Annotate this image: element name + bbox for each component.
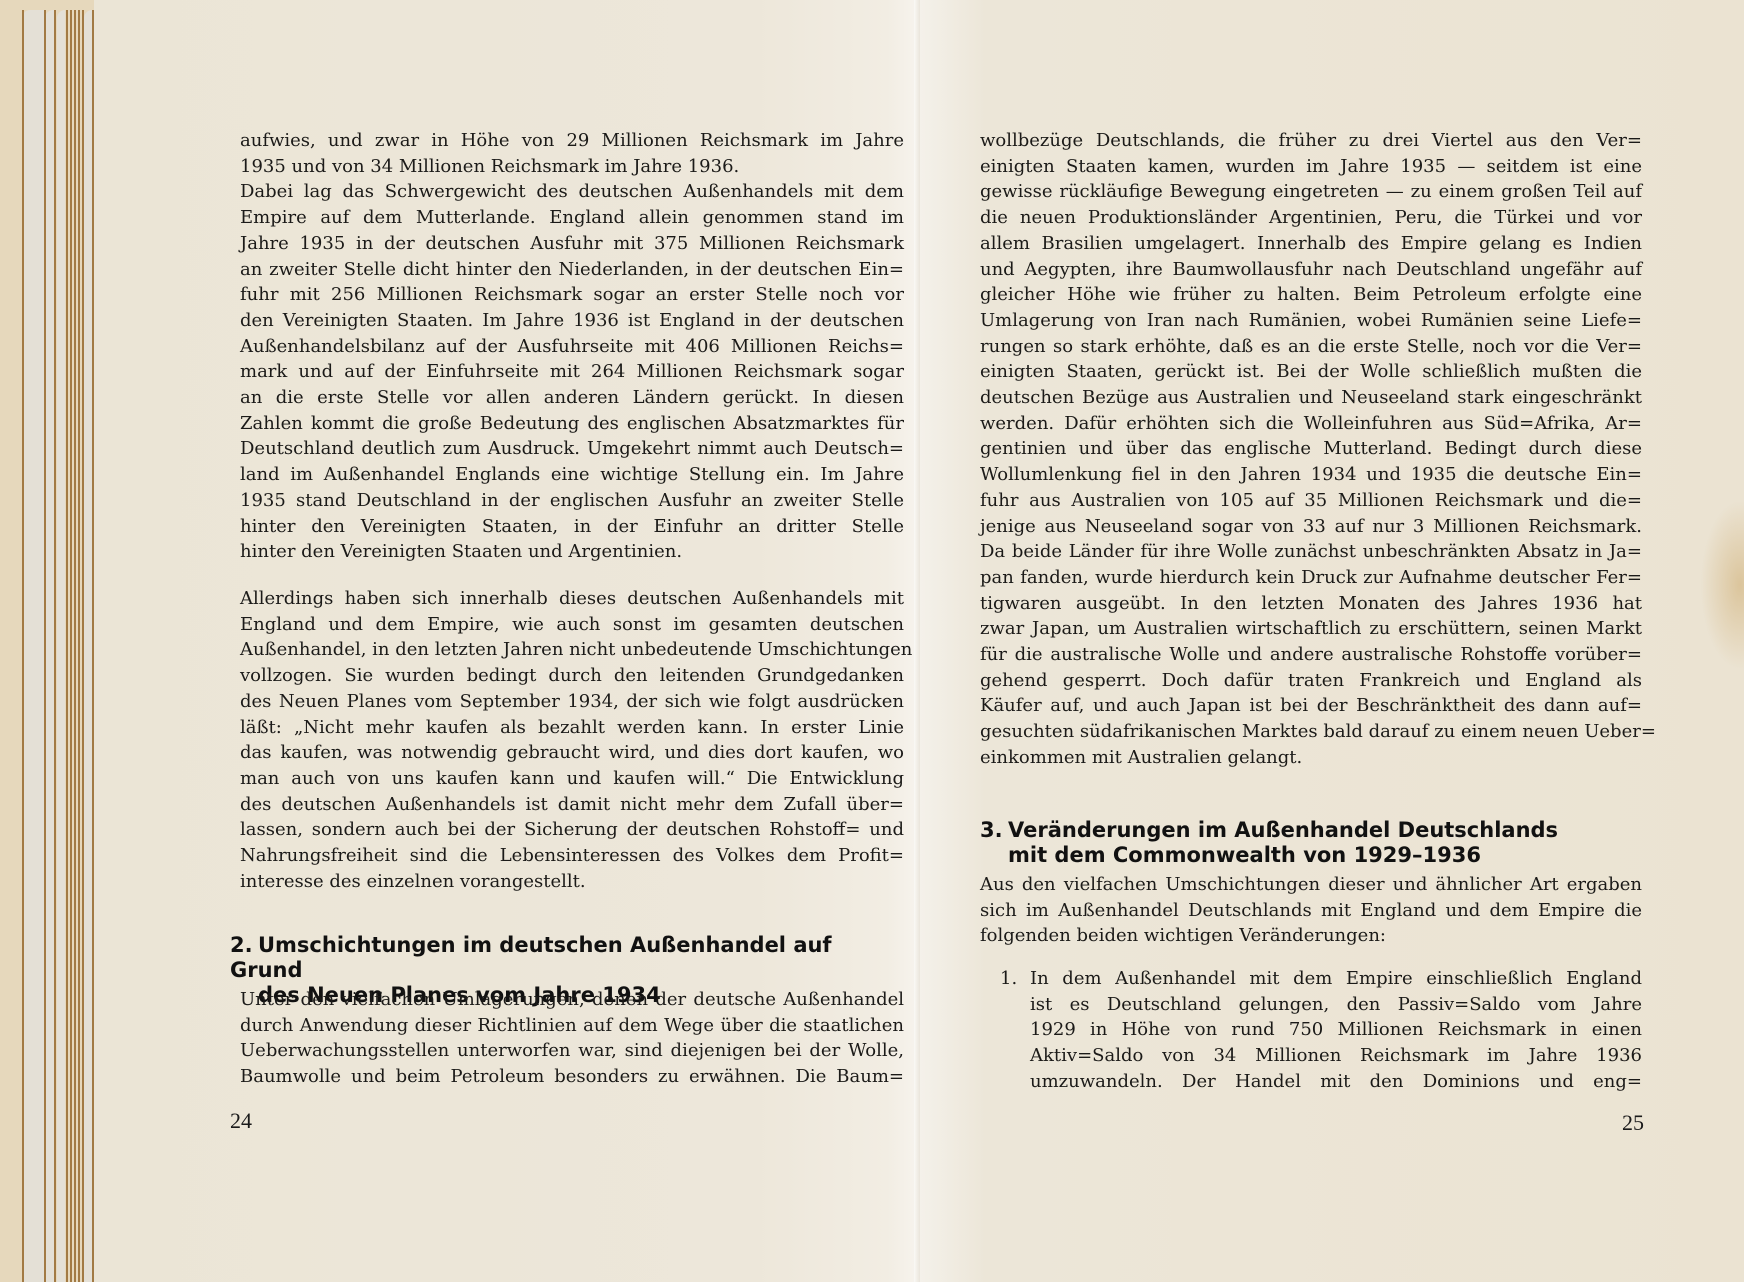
page-number: 25 <box>1622 1110 1644 1136</box>
text-line: aufwies, und zwar in Höhe von 29 Million… <box>240 128 904 154</box>
page-edge <box>84 10 92 1282</box>
heading-line: Umschichtungen im deutschen Außenhandel … <box>230 933 832 982</box>
text-line: allem Brasilien umgelagert. Innerhalb de… <box>980 231 1642 257</box>
text-line: land im Außenhandel Englands eine wichti… <box>240 462 904 488</box>
text-line: ist es Deutschland gelungen, den Passiv=… <box>1030 992 1642 1018</box>
text-line: rungen so stark erhöhte, daß es an die e… <box>980 334 1642 360</box>
section-heading: 3.Veränderungen im Außenhandel Deutschla… <box>980 818 1680 868</box>
text-line: Wollumlenkung fiel in den Jahren 1934 un… <box>980 462 1642 488</box>
text-line: fuhr aus Australien von 105 auf 35 Milli… <box>980 488 1642 514</box>
paragraph: aufwies, und zwar in Höhe von 29 Million… <box>240 128 904 565</box>
page-edge-line <box>66 10 68 1282</box>
page-number: 24 <box>230 1108 252 1134</box>
page-edge-line <box>78 10 80 1282</box>
text-line: für die australische Wolle und andere au… <box>980 642 1642 668</box>
text-line: hinter den Vereinigten Staaten, in der E… <box>240 514 904 540</box>
paragraph: Unter den vielfachen Umlagerungen, denen… <box>240 987 904 1090</box>
text-line: läßt: „Nicht mehr kaufen als bezahlt wer… <box>240 715 904 741</box>
text-line: Da beide Länder für ihre Wolle zunächst … <box>980 539 1642 565</box>
page-stack-edges <box>0 0 100 1282</box>
text-line: den Vereinigten Staaten. Im Jahre 1936 i… <box>240 308 904 334</box>
text-line: Umlagerung von Iran nach Rumänien, wobei… <box>980 308 1642 334</box>
text-line: pan fanden, wurde hierdurch kein Druck z… <box>980 565 1642 591</box>
text-line: England und dem Empire, wie auch sonst i… <box>240 612 904 638</box>
text-line: des deutschen Außenhandels ist damit nic… <box>240 792 904 818</box>
text-line: man auch von uns kaufen kann und kaufen … <box>240 766 904 792</box>
text-line: jenige aus Neuseeland sogar von 33 auf n… <box>980 514 1642 540</box>
page-edge-line <box>22 10 24 1282</box>
text-line: einigten Staaten, gerückt ist. Bei der W… <box>980 359 1642 385</box>
text-line: Allerdings haben sich innerhalb dieses d… <box>240 586 904 612</box>
heading-number: 2. <box>230 933 258 958</box>
text-line: und Aegypten, ihre Baumwollausfuhr nach … <box>980 257 1642 283</box>
text-line: gentinien und über das englische Mutterl… <box>980 436 1642 462</box>
page-edge-line <box>70 10 72 1282</box>
text-line: Dabei lag das Schwergewicht des deutsche… <box>240 179 904 205</box>
paragraph: wollbezüge Deutschlands, die früher zu d… <box>980 128 1642 771</box>
right-page: wollbezüge Deutschlands, die früher zu d… <box>920 0 1744 1282</box>
text-line: werden. Dafür erhöhten sich die Wolleinf… <box>980 411 1642 437</box>
text-line: lassen, sondern auch bei der Sicherung d… <box>240 817 904 843</box>
page-edge <box>22 10 44 1282</box>
text-line: Aktiv=Saldo von 34 Millionen Reichsmark … <box>1030 1043 1642 1069</box>
text-line: gleicher Höhe wie früher zu halten. Beim… <box>980 282 1642 308</box>
book-spread: aufwies, und zwar in Höhe von 29 Million… <box>0 0 1744 1282</box>
text-line: des Neuen Planes vom September 1934, der… <box>240 689 904 715</box>
text-line: Außenhandelsbilanz auf der Ausfuhrseite … <box>240 334 904 360</box>
page-edge-line <box>44 10 46 1282</box>
text-line: 1929 in Höhe von rund 750 Millionen Reic… <box>1030 1017 1642 1043</box>
text-line: gewisse rückläufige Bewegung eingetreten… <box>980 179 1642 205</box>
text-line: zwar Japan, um Australien wirtschaftlich… <box>980 616 1642 642</box>
text-line: 1935 und von 34 Millionen Reichsmark im … <box>240 154 904 180</box>
text-line: einkommen mit Australien gelangt. <box>980 745 1642 771</box>
text-line: wollbezüge Deutschlands, die früher zu d… <box>980 128 1642 154</box>
text-line: Empire auf dem Mutterlande. England alle… <box>240 205 904 231</box>
text-line: Nahrungsfreiheit sind die Lebensinteress… <box>240 843 904 869</box>
left-page: aufwies, und zwar in Höhe von 29 Million… <box>94 0 920 1282</box>
text-line: Baumwolle und beim Petroleum besonders z… <box>240 1064 904 1090</box>
page-edge-line <box>74 10 76 1282</box>
heading-number: 3. <box>980 818 1008 843</box>
paragraph: Aus den vielfachen Umschichtungen dieser… <box>980 872 1642 949</box>
list-number: 1. <box>1000 966 1017 992</box>
text-line: das kaufen, was notwendig gebraucht wird… <box>240 740 904 766</box>
text-line: In dem Außenhandel mit dem Empire einsch… <box>1030 966 1642 992</box>
heading-line: mit dem Commonwealth von 1929–1936 <box>980 843 1680 868</box>
text-line: Deutschland deutlich zum Ausdruck. Umgek… <box>240 436 904 462</box>
text-line: tigwaren ausgeübt. In den letzten Monate… <box>980 591 1642 617</box>
text-line: 1935 stand Deutschland in der englischen… <box>240 488 904 514</box>
text-line: mark und auf der Einfuhrseite mit 264 Mi… <box>240 359 904 385</box>
paragraph: Allerdings haben sich innerhalb dieses d… <box>240 586 904 894</box>
text-line: Käufer auf, und auch Japan ist bei der B… <box>980 693 1642 719</box>
text-line: Ueberwachungsstellen unterworfen war, si… <box>240 1038 904 1064</box>
page-edge-line <box>54 10 56 1282</box>
text-line: fuhr mit 256 Millionen Reichsmark sogar … <box>240 282 904 308</box>
text-line: einigten Staaten kamen, wurden im Jahre … <box>980 154 1642 180</box>
text-line: folgenden beiden wichtigen Veränderungen… <box>980 923 1642 949</box>
text-line: sich im Außenhandel Deutschlands mit Eng… <box>980 898 1642 924</box>
text-line: durch Anwendung dieser Richtlinien auf d… <box>240 1013 904 1039</box>
text-line: Außenhandel, in den letzten Jahren nicht… <box>240 637 904 663</box>
text-line: deutschen Bezüge aus Australien und Neus… <box>980 385 1642 411</box>
text-line: hinter den Vereinigten Staaten und Argen… <box>240 539 904 565</box>
text-line: umzuwandeln. Der Handel mit den Dominion… <box>1030 1069 1642 1095</box>
text-line: an die erste Stelle vor allen anderen Lä… <box>240 385 904 411</box>
text-line: die neuen Produktionsländer Argentinien,… <box>980 205 1642 231</box>
text-line: Jahre 1935 in der deutschen Ausfuhr mit … <box>240 231 904 257</box>
text-line: an zweiter Stelle dicht hinter den Niede… <box>240 257 904 283</box>
heading-line: Veränderungen im Außenhandel Deutschland… <box>1008 818 1558 842</box>
numbered-list-item: 1. In dem Außenhandel mit dem Empire ein… <box>1030 966 1642 1095</box>
text-line: Aus den vielfachen Umschichtungen dieser… <box>980 872 1642 898</box>
text-line: interesse des einzelnen vorangestellt. <box>240 869 904 895</box>
text-line: Unter den vielfachen Umlagerungen, denen… <box>240 987 904 1013</box>
text-line: vollzogen. Sie wurden bedingt durch den … <box>240 663 904 689</box>
text-line: gehend gesperrt. Doch dafür traten Frank… <box>980 668 1642 694</box>
text-line: Zahlen kommt die große Bedeutung des eng… <box>240 411 904 437</box>
page-edge <box>57 10 65 1282</box>
text-line: gesuchten südafrikanischen Marktes bald … <box>980 719 1642 745</box>
